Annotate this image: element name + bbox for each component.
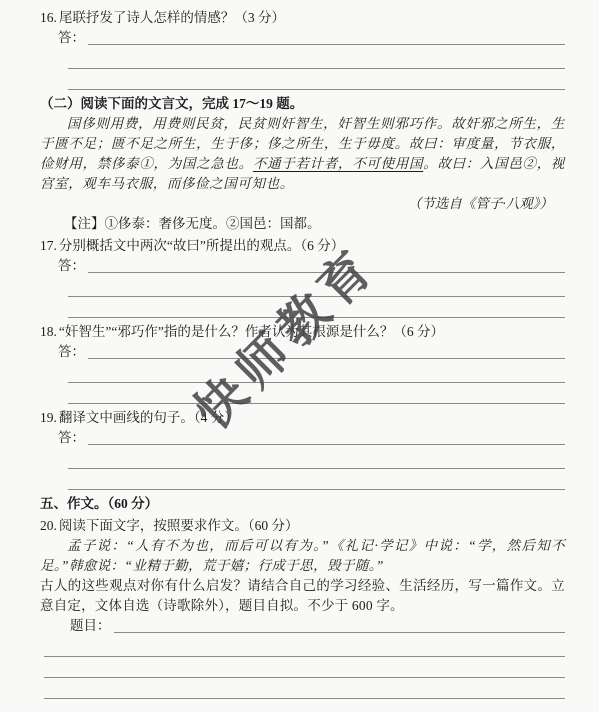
answer-extra-line xyxy=(68,297,565,318)
essay-requirements: 古人的这些观点对你有什么启发？请结合自己的学习经验、生活经历，写一篇作文。立意自… xyxy=(40,576,565,616)
essay-title-row: 题目： xyxy=(70,616,565,636)
essay-writing-line xyxy=(44,678,565,699)
essay-title-line xyxy=(114,616,566,633)
question-19-text: 翻译文中画线的句子。（4 分） xyxy=(59,410,238,425)
question-20: 20.阅读下面文字，按照要求作文。（60 分） xyxy=(40,516,565,536)
answer-extra-line xyxy=(68,69,565,90)
section-2-heading: （二）阅读下面的文言文，完成 17～19 题。 xyxy=(40,94,565,114)
question-17-number: 17. xyxy=(40,238,57,253)
answer-label: 答： xyxy=(58,28,85,48)
question-17-text: 分别概括文中两次“故曰”所提出的观点。（6 分） xyxy=(59,238,344,253)
answer-extra-line xyxy=(68,276,565,297)
answer-extra-line xyxy=(68,48,565,69)
answer-line xyxy=(88,256,565,273)
answer-row-19: 答： xyxy=(58,428,565,448)
answer-label: 答： xyxy=(58,342,85,362)
answer-line xyxy=(88,28,565,45)
answer-line xyxy=(88,342,565,359)
question-17: 17.分别概括文中两次“故曰”所提出的观点。（6 分） xyxy=(40,236,565,256)
essay-writing-line xyxy=(44,636,565,657)
answer-row-16: 答： xyxy=(58,28,565,48)
question-19: 19.翻译文中画线的句子。（4 分） xyxy=(40,408,565,428)
classical-passage: 国侈则用费，用费则民贫，民贫则奸智生，奸智生则邪巧作。故奸邪之所生，生于匮不足；… xyxy=(40,114,565,194)
answer-extra-line xyxy=(68,448,565,469)
question-18: 18.“奸智生”“邪巧作”指的是什么？作者认为其根源是什么？（6 分） xyxy=(40,322,565,342)
answer-extra-line xyxy=(68,383,565,404)
answer-row-18: 答： xyxy=(58,342,565,362)
question-16-text: 尾联抒发了诗人怎样的情感？（3 分） xyxy=(59,10,285,25)
essay-quote: 孟子说：“人有不为也，而后可以有为。”《礼记·学记》中说：“学，然后知不足。”韩… xyxy=(40,536,565,576)
essay-title-label: 题目： xyxy=(70,616,111,636)
answer-extra-line xyxy=(68,469,565,490)
answer-line xyxy=(88,428,565,445)
question-16: 16.尾联抒发了诗人怎样的情感？（3 分） xyxy=(40,8,565,28)
question-18-text: “奸智生”“邪巧作”指的是什么？作者认为其根源是什么？（6 分） xyxy=(59,324,444,339)
passage-source: （节选自《管子·八观》） xyxy=(40,194,565,214)
section-5-heading: 五、作文。（60 分） xyxy=(40,494,565,514)
question-16-number: 16. xyxy=(40,10,57,25)
answer-row-17: 答： xyxy=(58,256,565,276)
question-19-number: 19. xyxy=(40,410,57,425)
question-18-number: 18. xyxy=(40,324,57,339)
underlined-sentence: 不通于若计者，不可使用国 xyxy=(253,156,423,171)
passage-note: 【注】①侈泰：奢侈无度。②国邑：国都。 xyxy=(64,214,565,234)
answer-label: 答： xyxy=(58,428,85,448)
answer-label: 答： xyxy=(58,256,85,276)
question-20-number: 20. xyxy=(40,518,57,533)
exam-page: 快师教育 16.尾联抒发了诗人怎样的情感？（3 分） 答： （二）阅读下面的文言… xyxy=(0,0,599,712)
question-20-text: 阅读下面文字，按照要求作文。（60 分） xyxy=(59,518,299,533)
essay-writing-line xyxy=(44,657,565,678)
answer-extra-line xyxy=(68,362,565,383)
